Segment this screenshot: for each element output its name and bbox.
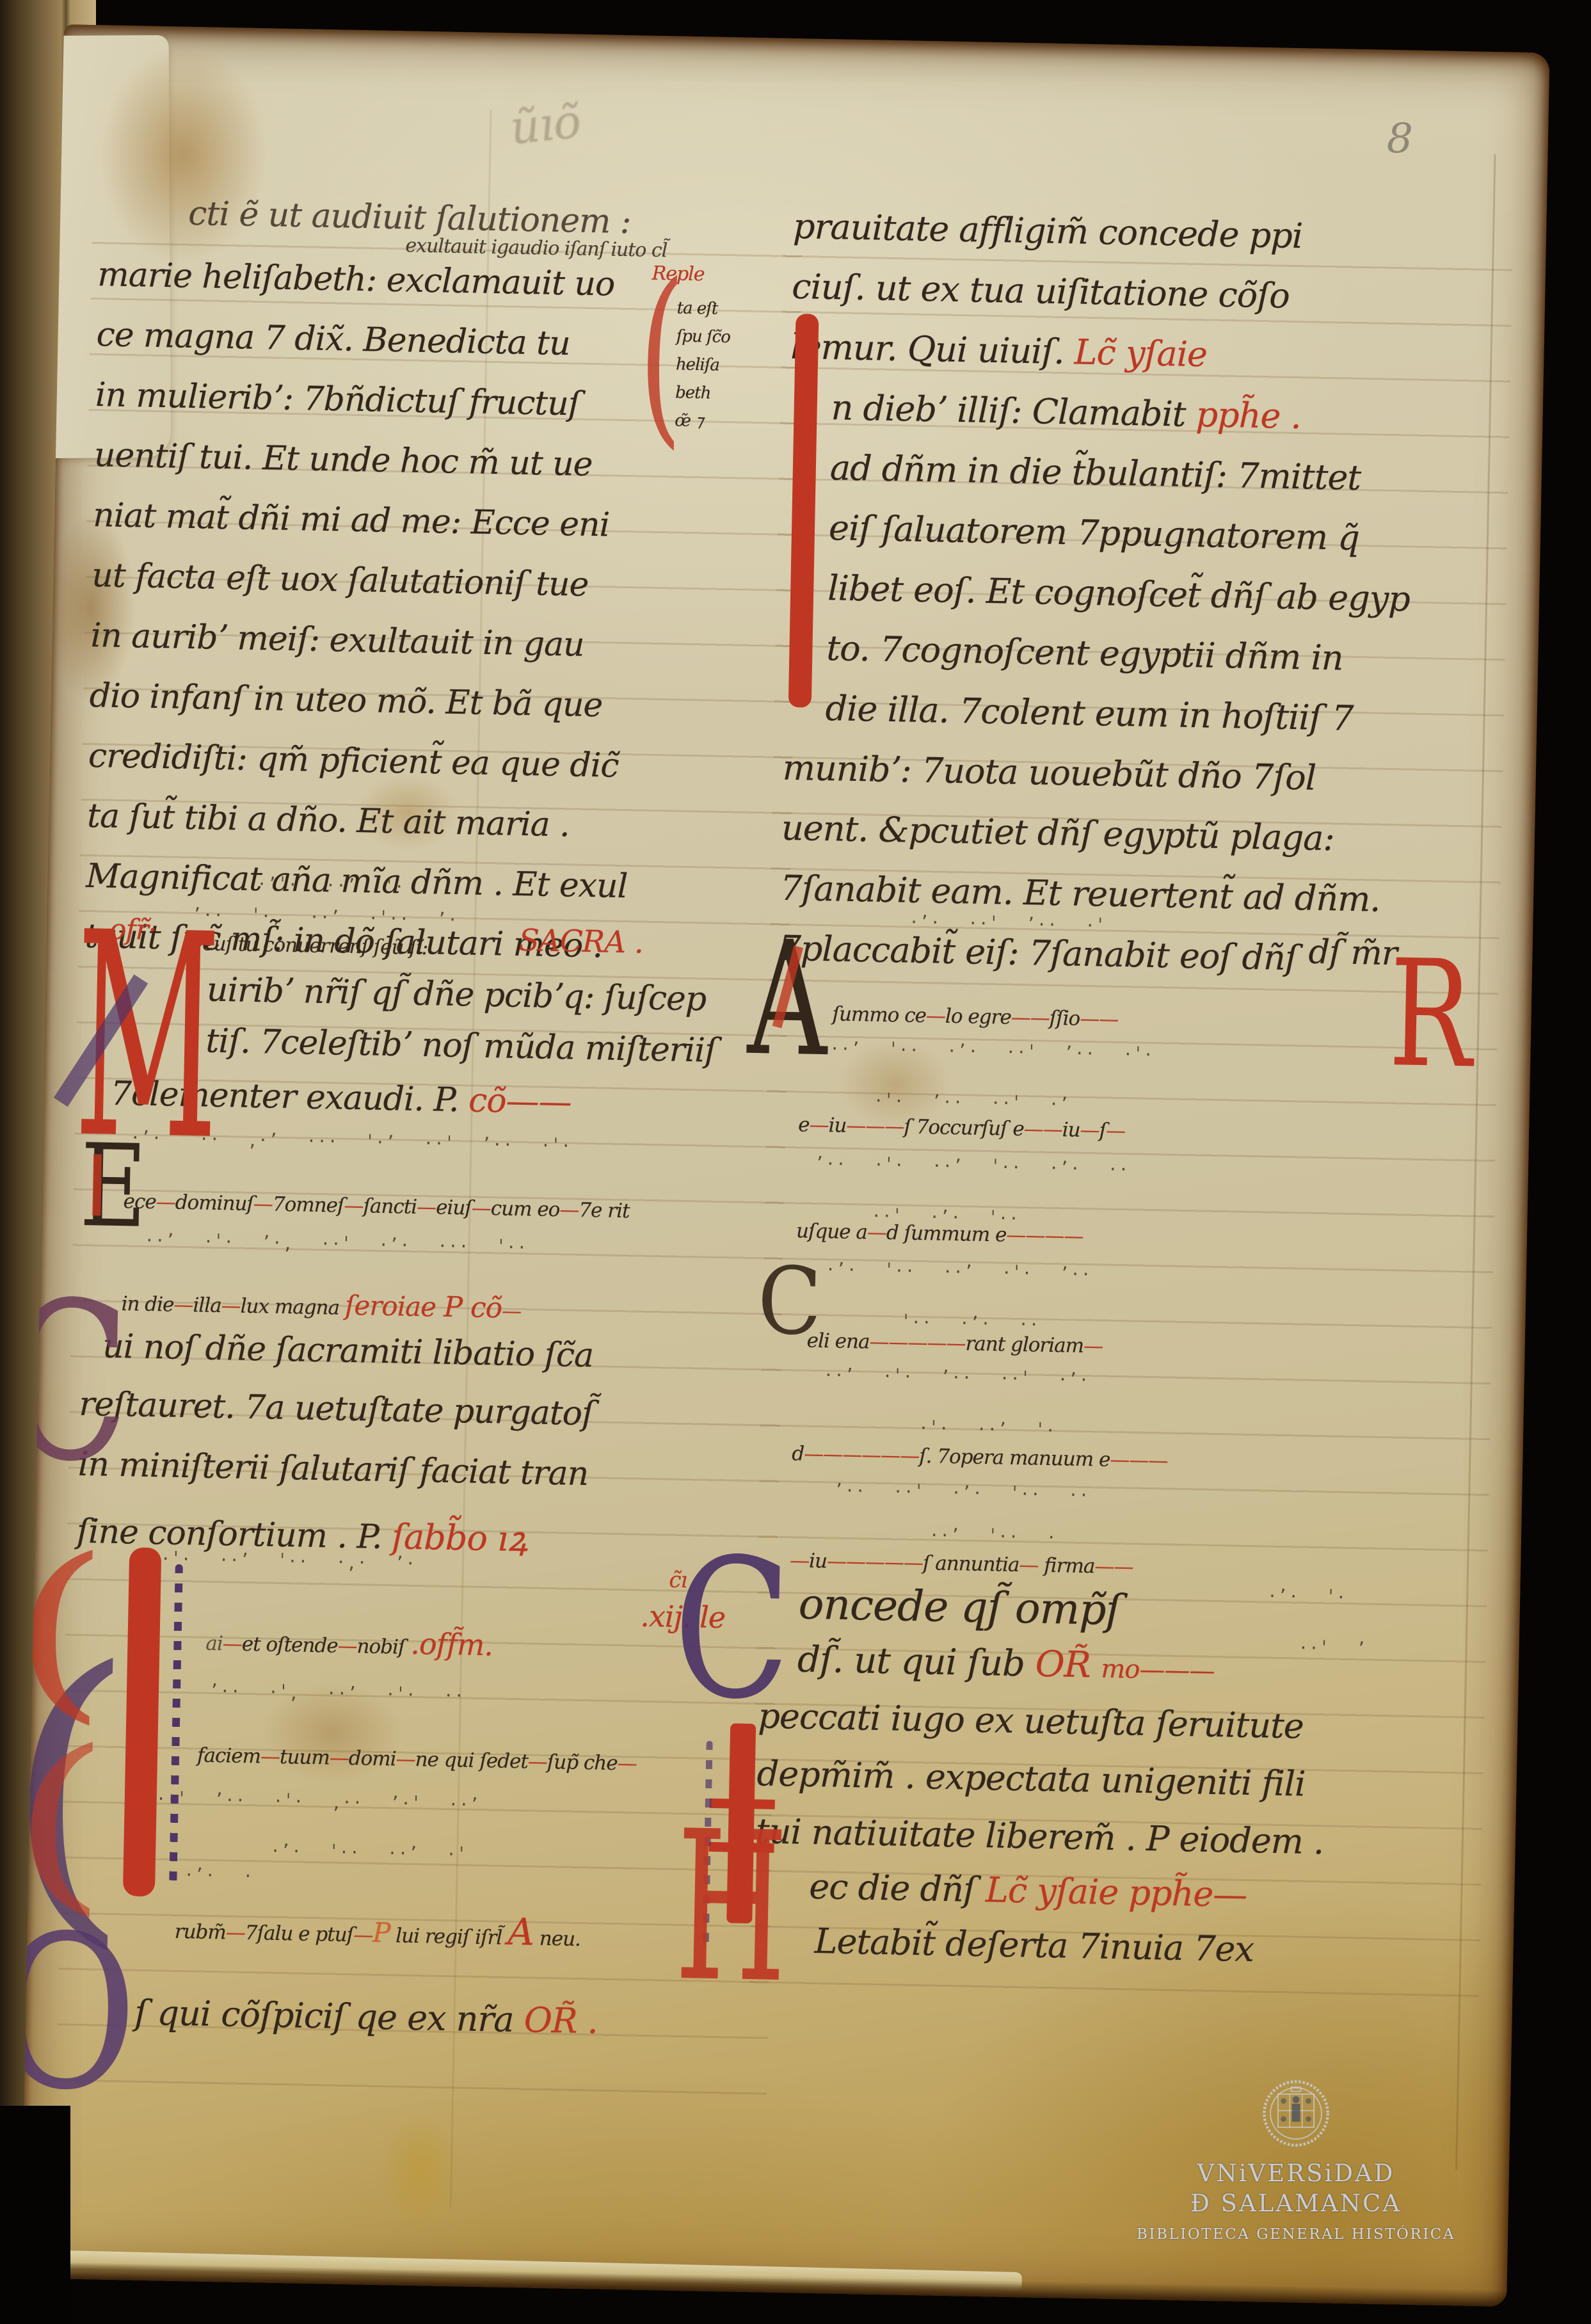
- manuscript-line: 7ſanabit eam. Et reuertent̃ ad dñm.: [780, 868, 1380, 920]
- folio-number: 8: [1386, 115, 1413, 163]
- neume-row: ʼ·· ·ˈ‚ ··ʼ ·ˈ· ··: [211, 1680, 570, 1710]
- manuscript-line: e—iu———ſ 7occurſuſ e——iu—ſ—: [798, 1113, 1126, 1142]
- neume-row: ·ʼ· ˈ·· ··ʼ ·ˈ· ʼ··: [827, 1258, 1372, 1291]
- manuscript-line: uent. &pcutiet dñſ egyptũ plaga:: [781, 808, 1335, 859]
- neume-row: ·ʼˈ· ··ʼ ˈ·: [259, 873, 451, 899]
- neume-row: ··ˈ ʼ: [1300, 1637, 1448, 1662]
- manuscript-line: depm̃im̃ . expectata unigeniti fili: [756, 1753, 1306, 1804]
- manuscript-line: d——————ſ. 7opera manuum e———: [792, 1442, 1168, 1472]
- initial-H-red: H: [674, 1804, 789, 2012]
- manuscript-line: ut facta eſt uox ſalutationiſ tue: [92, 556, 589, 604]
- initial-U-red-curl-top: (: [20, 1532, 111, 1726]
- manuscript-line: n diebʼ illiſ: Clamabit pph̃e .: [831, 387, 1301, 437]
- stain-left-edge: [45, 511, 138, 705]
- manuscript-line: ſ qui cõſpiciſ qe ex nr̃a OR̃ .: [134, 1992, 598, 2042]
- initial-C-celi-ink: C: [757, 1254, 823, 1349]
- stain-yellow-bottom: [380, 2111, 459, 2227]
- musical-neumes: ·ʼˈ· ··ʼ ˈ·ʼ·· ˈ·‚ ··ʼ ·ˈ·· ʼ··ʼ· ˈ·· ‚·…: [64, 24, 1550, 53]
- initial-E-red-bar: [92, 1154, 102, 1215]
- manuscript-line: —iu—————ſ annuntia— firma——: [790, 1549, 1133, 1578]
- initial-E-ink: E: [79, 1129, 147, 1244]
- initial-C-concede-purple: C: [671, 1533, 792, 1727]
- manuscript-line: dſ̃ m̃r.: [1308, 933, 1403, 974]
- parchment-page: ũıõ 8 cti ẽ ut audiuit ſalutionem :exult…: [20, 24, 1549, 2307]
- initial-O-bottom-purple: O: [20, 1907, 139, 2120]
- manuscript-line: ui noſ dñe ſacramiti libatio ſc̃a: [102, 1327, 594, 1375]
- manuscript-line: dio infanſ in uteo mõ. Et bã que: [89, 677, 603, 725]
- manuscript-line: lemur. Qui uiuiſ. Lc̃ yſaie: [790, 326, 1208, 374]
- manuscript-line: faciem—tuum—domi—ne qui ſedet—ſup̃ che—: [197, 1743, 637, 1775]
- manuscript-line: tiſ. 7celeſtibʼ noſ mũda miſteriiſ: [205, 1022, 717, 1070]
- manuscript-line: die illa. 7colent eum in hoſtiiſ 7: [825, 688, 1354, 739]
- neume-row: ··ʼ ·ˈ· ʼ·‚ ··ˈ ·ʼ· ··· ˈ··: [146, 1230, 691, 1262]
- manuscript-line: eiſ ſaluatorem 7ppugnatorem q̃: [829, 508, 1360, 558]
- manuscript-line: ai—et oſtende—nobiſ .off̃m.: [205, 1623, 493, 1663]
- neume-row: ··ˈ ʼ·· ·ˈ· ‚·· ʼ·ˈ ··ʼ: [157, 1788, 670, 1820]
- manuscript-line: Letabit̃ deſerta 7inuia 7ex: [814, 1921, 1254, 1969]
- manuscript-line: dſ̃. ut qui ſub OR̃ mo———: [797, 1639, 1215, 1688]
- manuscript-line: tui natiuitate liberem̃ . P eiodem .: [755, 1811, 1324, 1862]
- manuscript-line: exultauit igaudio iſanſ iuto cl̃: [405, 234, 668, 262]
- neume-row: ʼ·· ·ˈ· ··ʼ ˈ·· ·ʼ· ··: [817, 1153, 1380, 1186]
- neume-row: ·ʼ· ˈ·· ··ʼ ·ˈ: [272, 1840, 593, 1869]
- initial-U-red-stem: [123, 1547, 161, 1896]
- manuscript-line: reſtauret. 7a uetuſtate purgatoſ̃: [79, 1385, 594, 1433]
- digitized-manuscript-photo: ũıõ 8 cti ẽ ut audiuit ſalutionem :exult…: [0, 0, 1591, 2324]
- neume-row: ··ʼ ˈ·· ·ʼ· ··ˈ ʼ·· ·ˈ·: [831, 1038, 1370, 1070]
- manuscript-line: oncede qſ̃ omp̃ſ: [798, 1579, 1121, 1635]
- manuscript-line: libet eoſ. Et cognoſcet̃ dñſ ab egyp: [827, 568, 1411, 619]
- manuscript-line: rubm̃—7ſalu e ptuſ—P lui regiſ iſrl̃ A n…: [174, 1903, 580, 1955]
- manuscript-line: ec die dñſ Lc̃ yſaie pph̃e—: [809, 1866, 1247, 1915]
- manuscript-line: Deuſ tu conuerrenſ ſeũ ſĩ:: [187, 932, 428, 959]
- manuscript-line: SACRA .: [518, 923, 643, 961]
- manuscript-line: uentiſ tui. Et unde hoc m̃ ut ue: [94, 436, 593, 484]
- neume-row: ·ˈ· ··ʼ ˈ·: [920, 1417, 1254, 1446]
- manuscript-line: marie heliſabeth: exclamauit uo: [97, 255, 615, 303]
- manuscript-line: in auribʼ meiſ: exultauit in gau: [90, 616, 584, 664]
- initial-U-dot-column: [169, 1564, 183, 1884]
- shadow-bottom-left: [0, 2106, 70, 2324]
- manuscript-line: ta ſut̃ tibi a dño. Et ait maria .: [87, 797, 570, 844]
- illuminated-initials: MEC(((OARCCH(: [64, 24, 1550, 53]
- manuscript-line: in miniſterii ſalutariſ faciat tran: [77, 1445, 588, 1493]
- manuscript-line: peccati iugo ex uetuſta ſeruitute: [758, 1695, 1304, 1746]
- manuscript-line: credidiſti: qm̃ pficient̃ ea que dic̃: [88, 737, 619, 785]
- manuscript-line: uiribʼ nr̃iſ qſ̃ dñe pcibʼq: ſuſcep: [207, 971, 707, 1019]
- manuscript-line: niat mat̃ dñi mi ad me: Ecce eni: [93, 496, 610, 544]
- initial-I-right-red: [788, 314, 819, 708]
- manuscript-line: prauitate affligim̃ concede ppi: [793, 206, 1303, 256]
- manuscript-text-lines: cti ẽ ut audiuit ſalutionem :exultauit i…: [64, 24, 1550, 53]
- manuscript-line: ſummo ce—lo egre——ſſio——: [832, 1002, 1118, 1031]
- manuscript-line: to. 7cognoſcent egyptii dñm in: [826, 628, 1343, 678]
- neume-row: ··ʼ ˈ·· ·: [931, 1524, 1226, 1552]
- initial-R-responsory-red: R: [1387, 941, 1473, 1089]
- manuscript-line: ad dñm in die t̃bulantiſ: 7mittet: [829, 447, 1361, 498]
- initial-U-red-curl-bottom: (: [20, 1724, 111, 1918]
- neume-row: ··ʼ ·ˈ· ʼ·· ··ˈ ·ʼ·: [825, 1364, 1370, 1397]
- margin-red-bracket: (: [637, 258, 685, 451]
- bleedthrough-scribble: ũıõ: [508, 94, 583, 155]
- manuscript-line: munibʼ: 7uota uouebũt dño 7ſol: [782, 748, 1316, 798]
- manuscript-line: ciuſ. ut ex tua uiſitatione cõſo: [792, 266, 1290, 316]
- manuscript-line: in die—illa—lux magna ſeroiae P cõ—: [121, 1285, 521, 1325]
- vertical-crease-right: [1455, 154, 1496, 2170]
- neume-row: ʼ·· ··ˈ ·ʼ· ˈ·· ··: [836, 1480, 1348, 1512]
- neume-row: ·ʼ· ˈ·: [1269, 1585, 1449, 1611]
- neume-row: ˈ·· ·ʼ· ·: [127, 1863, 352, 1889]
- vertical-crease-left: [450, 109, 492, 2208]
